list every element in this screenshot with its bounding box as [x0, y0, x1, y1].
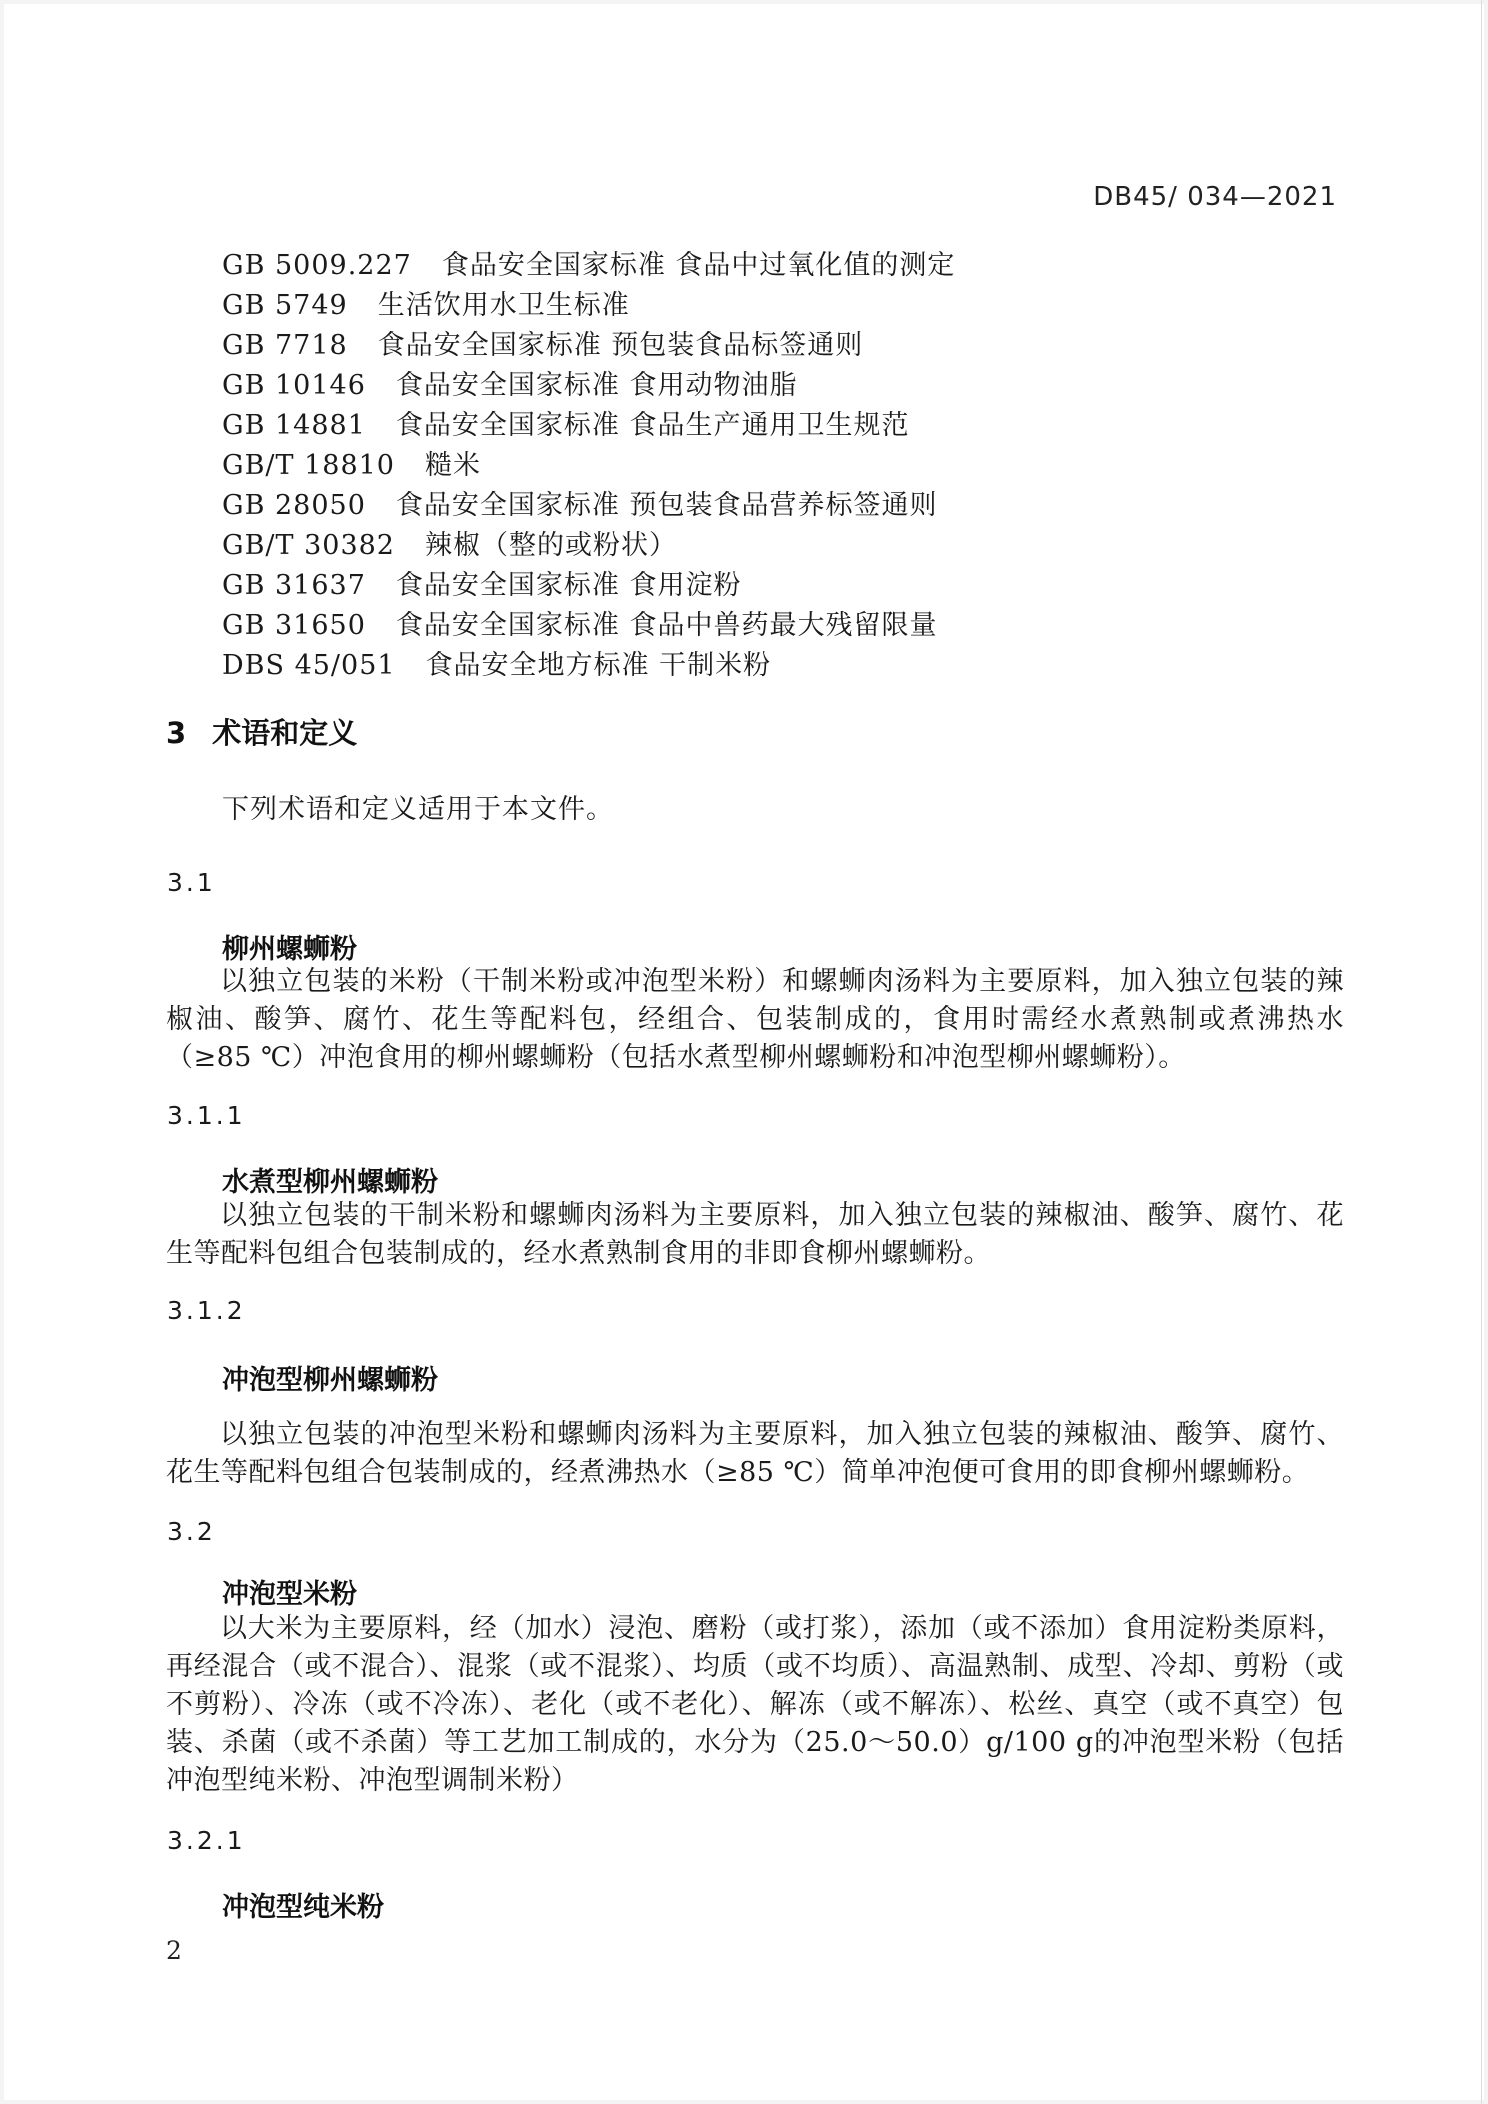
reference-code: GB/T 30382: [222, 526, 395, 566]
clause-body-3-1-1: 以独立包装的干制米粉和螺蛳肉汤料为主要原料，加入独立包装的辣椒油、酸笋、腐竹、花…: [166, 1197, 1344, 1273]
reference-code: DBS 45/051: [222, 646, 396, 686]
clause-number-3-1-1: 3.1.1: [167, 1101, 246, 1130]
reference-code: GB 28050: [222, 486, 366, 526]
clause-term-3-2-1: 冲泡型纯米粉: [222, 1885, 384, 1924]
clause-term-3-1: 柳州螺蛳粉: [222, 927, 357, 966]
clause-number-3-2: 3.2: [167, 1517, 216, 1546]
clause-term-3-1-2: 冲泡型柳州螺蛳粉: [222, 1358, 438, 1397]
reference-item: GB 31637食品安全国家标准 食用淀粉: [222, 566, 1348, 606]
clause-number-3-2-1: 3.2.1: [167, 1826, 246, 1855]
reference-title: 食品安全国家标准 预包装食品营养标签通则: [396, 486, 938, 526]
reference-item: GB 14881食品安全国家标准 食品生产通用卫生规范: [222, 406, 1348, 446]
normative-references-list: GB 5009.227食品安全国家标准 食品中过氧化值的测定 GB 5749生活…: [222, 246, 1348, 686]
reference-title: 食品安全国家标准 食品生产通用卫生规范: [396, 406, 910, 446]
reference-code: GB 14881: [222, 406, 366, 446]
page-number: 2: [166, 1936, 182, 1965]
section-number: 3: [166, 716, 186, 750]
reference-title: 食品安全地方标准 干制米粉: [426, 646, 772, 686]
clause-term-3-2: 冲泡型米粉: [222, 1572, 357, 1611]
clause-number-3-1-2: 3.1.2: [167, 1296, 246, 1325]
scan-edge-right: [1481, 0, 1482, 2104]
reference-item: GB 5009.227食品安全国家标准 食品中过氧化值的测定: [222, 246, 1348, 286]
reference-item: GB 28050食品安全国家标准 预包装食品营养标签通则: [222, 486, 1348, 526]
clause-term-3-1-1: 水煮型柳州螺蛳粉: [222, 1160, 438, 1199]
reference-title: 食品安全国家标准 食品中兽药最大残留限量: [396, 606, 938, 646]
reference-code: GB 31637: [222, 566, 366, 606]
reference-title: 食品安全国家标准 预包装食品标签通则: [378, 326, 864, 366]
reference-code: GB 5749: [222, 286, 348, 326]
reference-item: GB 7718食品安全国家标准 预包装食品标签通则: [222, 326, 1348, 366]
reference-item: GB/T 18810糙米: [222, 446, 1348, 486]
clause-body-3-1-2: 以独立包装的冲泡型米粉和螺蛳肉汤料为主要原料，加入独立包装的辣椒油、酸笋、腐竹、…: [166, 1416, 1344, 1492]
reference-code: GB 7718: [222, 326, 348, 366]
doc-code-header: DB45/ 034—2021: [1093, 182, 1337, 212]
clause-body-3-1: 以独立包装的米粉（干制米粉或冲泡型米粉）和螺蛳肉汤料为主要原料，加入独立包装的辣…: [166, 963, 1344, 1077]
reference-item: GB 10146食品安全国家标准 食用动物油脂: [222, 366, 1348, 406]
reference-code: GB 5009.227: [222, 246, 412, 286]
section-heading: 3术语和定义: [166, 711, 357, 752]
reference-code: GB 31650: [222, 606, 366, 646]
reference-item: GB 31650食品安全国家标准 食品中兽药最大残留限量: [222, 606, 1348, 646]
reference-title: 辣椒（整的或粉状）: [425, 526, 677, 566]
clause-number-3-1: 3.1: [167, 868, 216, 897]
reference-item: DBS 45/051食品安全地方标准 干制米粉: [222, 646, 1348, 686]
reference-title: 食品安全国家标准 食品中过氧化值的测定: [442, 246, 956, 286]
document-page: DB45/ 034—2021 GB 5009.227食品安全国家标准 食品中过氧…: [0, 0, 1488, 2104]
section-intro: 下列术语和定义适用于本文件。: [166, 791, 1344, 829]
reference-title: 生活饮用水卫生标准: [378, 286, 630, 326]
clause-body-3-2: 以大米为主要原料，经（加水）浸泡、磨粉（或打浆），添加（或不添加）食用淀粉类原料…: [166, 1610, 1344, 1800]
section-title: 术语和定义: [212, 716, 357, 750]
reference-title: 糙米: [425, 446, 481, 486]
reference-item: GB 5749生活饮用水卫生标准: [222, 286, 1348, 326]
reference-item: GB/T 30382辣椒（整的或粉状）: [222, 526, 1348, 566]
reference-code: GB 10146: [222, 366, 366, 406]
reference-code: GB/T 18810: [222, 446, 395, 486]
reference-title: 食品安全国家标准 食用动物油脂: [396, 366, 798, 406]
reference-title: 食品安全国家标准 食用淀粉: [396, 566, 742, 606]
